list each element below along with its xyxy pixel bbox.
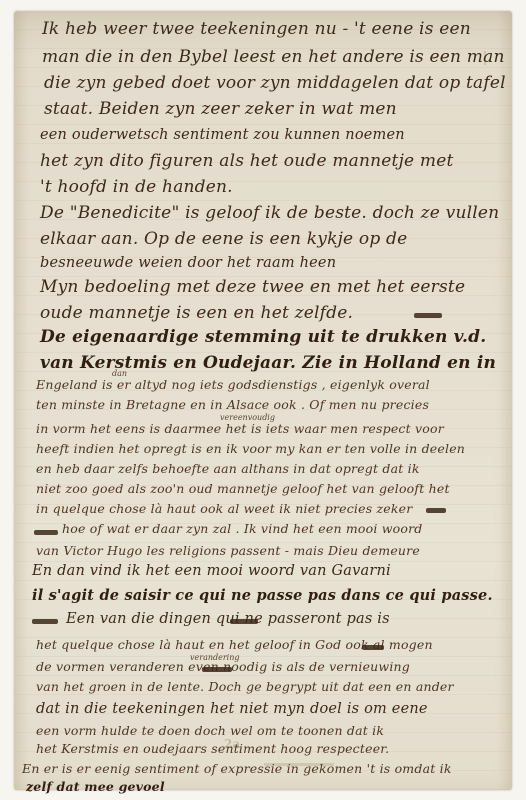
handwritten-line: Ik heb weer twee teekeningen nu - 't een… bbox=[42, 19, 471, 39]
handwritten-line: een vorm hulde te doen doch wel om te to… bbox=[36, 723, 384, 738]
handwritten-line: Myn bedoeling met deze twee en met het e… bbox=[40, 277, 465, 297]
crossed-out-word bbox=[32, 619, 58, 624]
handwritten-line: niet zoo goed als zoo'n oud mannetje gel… bbox=[36, 481, 450, 496]
handwritten-line: die zyn gebed doet voor zyn middagelen d… bbox=[44, 73, 506, 93]
handwritten-line: De eigenaardige stemming uit te drukken … bbox=[40, 327, 486, 347]
handwritten-line: in vorm het eens is daarmee het is iets … bbox=[36, 421, 444, 436]
handwritten-line: heeft indien het opregt is en ik voor my… bbox=[36, 441, 465, 456]
handwritten-line: in quelque chose là haut ook al weet ik … bbox=[36, 501, 412, 516]
handwritten-line: il s'agit de saisir ce qui ne passe pas … bbox=[32, 587, 493, 604]
handwritten-line: Engeland is er altyd nog iets godsdienst… bbox=[36, 377, 430, 392]
handwritten-line: hoe of wat er daar zyn zal . Ik vind het… bbox=[62, 521, 423, 536]
handwritten-line: Een van die dingen qui ne passeront pas … bbox=[66, 611, 390, 627]
letter-page: 2a Ik heb weer twee teekeningen nu - 't … bbox=[14, 11, 512, 790]
handwritten-line: een ouderwetsch sentiment zou kunnen noe… bbox=[40, 127, 405, 143]
handwritten-line: zelf dat mee gevoel bbox=[26, 779, 165, 794]
handwritten-line: besneeuwde weien door het raam heen bbox=[40, 255, 336, 271]
handwritten-line: elkaar aan. Op de eene is een kykje op d… bbox=[40, 229, 407, 249]
handwritten-line: De "Benedicite" is geloof ik de beste. d… bbox=[40, 203, 499, 223]
handwritten-line: het Kerstmis en oudejaars sentiment hoog… bbox=[36, 741, 389, 756]
handwritten-line: het zyn dito figuren als het oude mannet… bbox=[40, 151, 454, 171]
handwritten-line: van Victor Hugo les religions passent - … bbox=[36, 543, 420, 558]
handwritten-line: En dan vind ik het een mooi woord van Ga… bbox=[32, 563, 391, 579]
crossed-out-word bbox=[362, 645, 384, 650]
crossed-out-word bbox=[426, 508, 446, 513]
handwritten-line: ten minste in Bretagne en in Alsace ook … bbox=[36, 397, 429, 412]
handwritten-line: staat. Beiden zyn zeer zeker in wat men bbox=[44, 99, 397, 119]
crossed-out-word bbox=[202, 667, 232, 672]
crossed-out-word bbox=[230, 619, 258, 624]
handwritten-line: van Kerstmis en Oudejaar. Zie in Holland… bbox=[40, 353, 496, 373]
scan-background: 2a Ik heb weer twee teekeningen nu - 't … bbox=[0, 0, 526, 800]
crossed-out-word bbox=[414, 313, 442, 318]
handwritten-line: En er is er eenig sentiment of expressie… bbox=[22, 761, 452, 776]
handwritten-line: en heb daar zelfs behoefte aan althans i… bbox=[36, 461, 420, 476]
crossed-out-word bbox=[34, 530, 58, 535]
handwritten-line: oude mannetje is een en het zelfde. bbox=[40, 303, 353, 323]
handwritten-line: van het groen in de lente. Doch ge begry… bbox=[36, 679, 454, 694]
handwritten-line: man die in den Bybel leest en het andere… bbox=[42, 47, 505, 67]
handwritten-line: 't hoofd in de handen. bbox=[40, 177, 233, 197]
handwritten-line: dat in die teekeningen het niet myn doel… bbox=[36, 701, 428, 717]
